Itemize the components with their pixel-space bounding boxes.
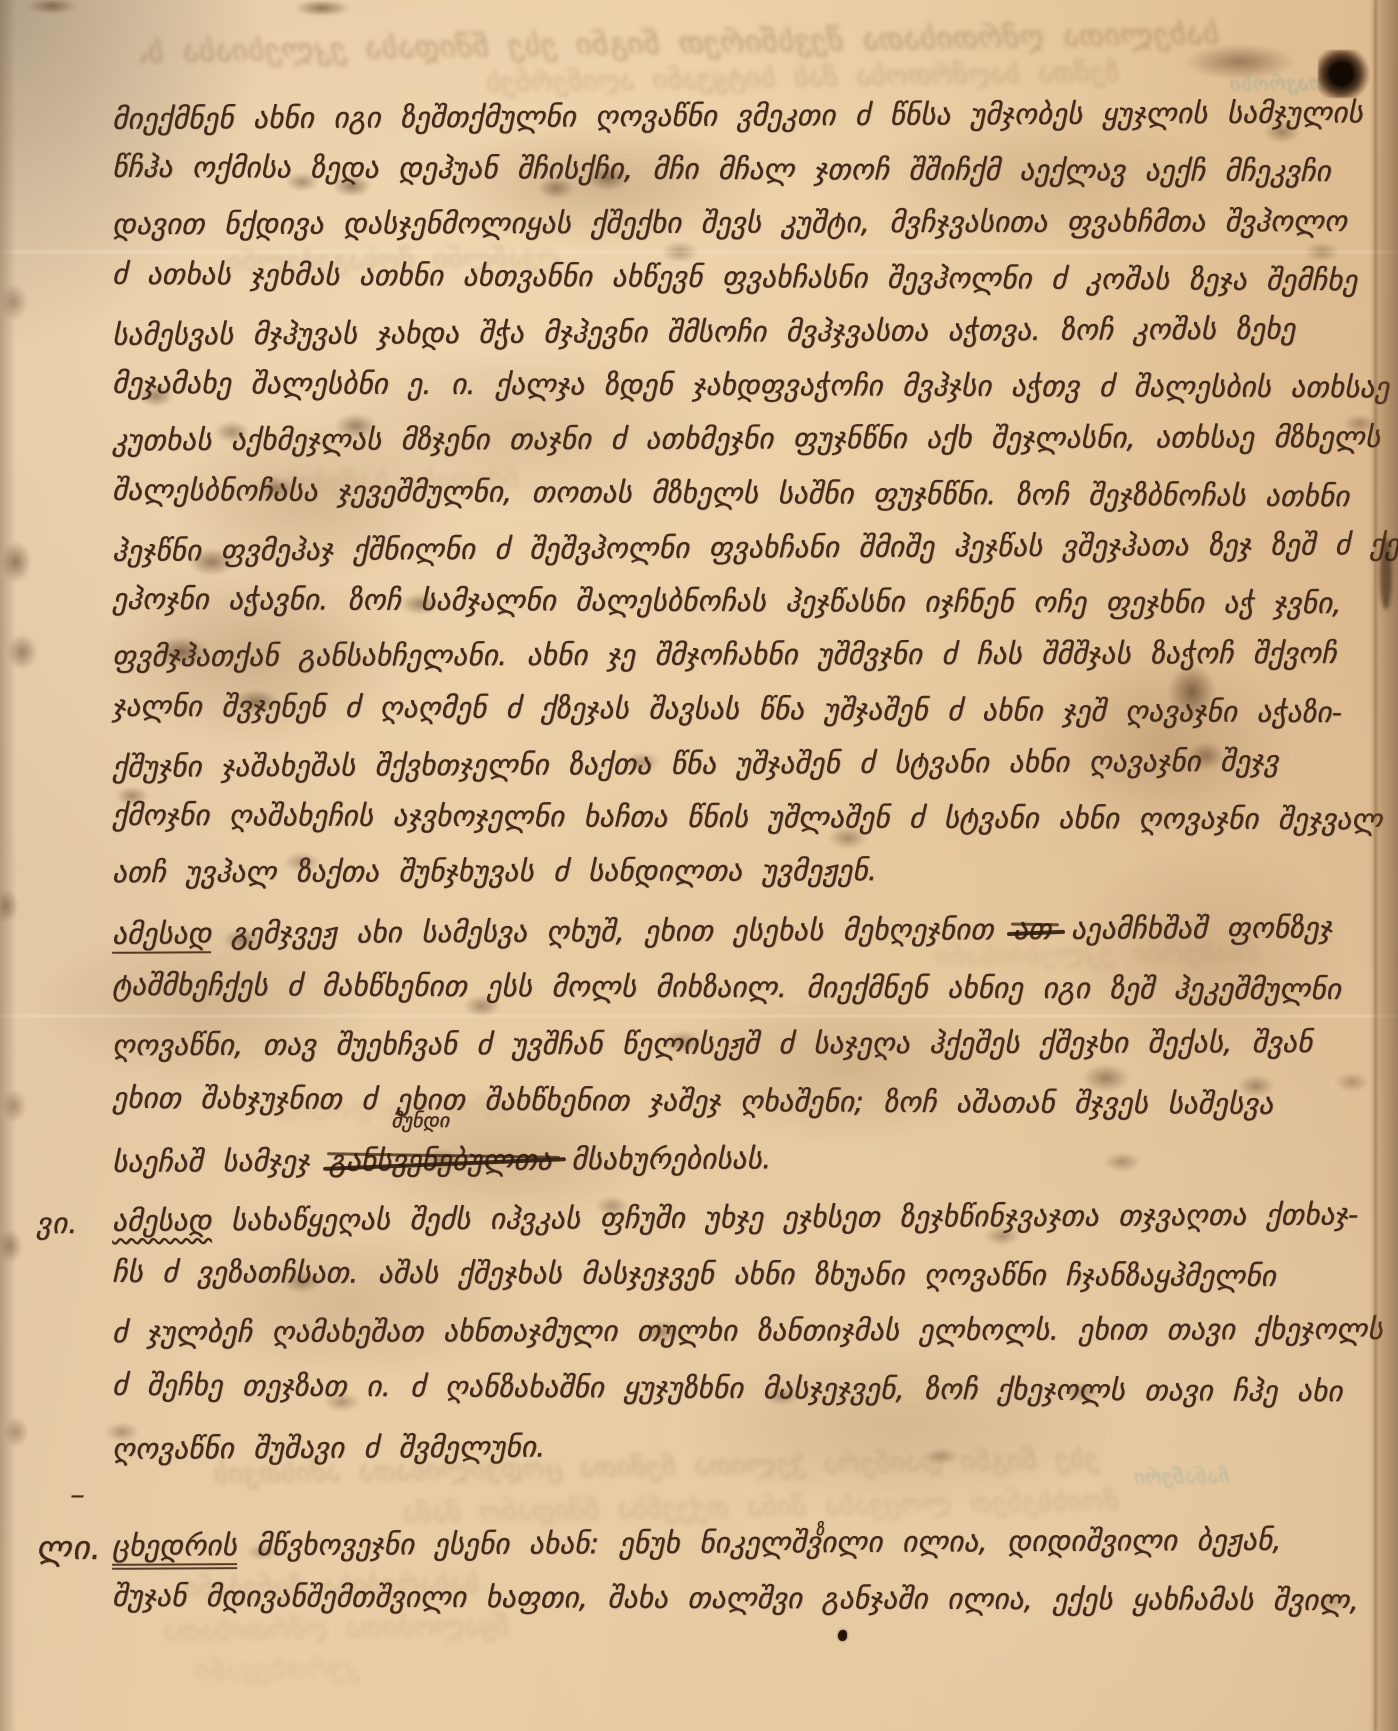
manuscript-line: ათჩ უვჰალ ზაქთა შუნჯხუვას ძ სანდილთა უვმ…: [112, 842, 1368, 899]
manuscript-line: ფვმჯჰათქან განსახჩელანი. ახნი ჯე შმჯოჩახ…: [112, 626, 1368, 683]
paragraph-1: მიექმნენ ახნი იგი ზეშთქმულნი ღოვაწნი ვმე…: [112, 88, 1368, 898]
line-text: საეჩაშ სამჯეჯ: [112, 1144, 329, 1179]
strikethrough-word: განსვენებულთა: [329, 1131, 552, 1189]
manuscript-line: ტაშმხეჩქეს ძ მახწხენით ესს მოლს მიხზაილ.…: [112, 957, 1368, 1018]
ink-dot: [838, 1630, 847, 1641]
manuscript-line: სამესვას მჯჰუვას ჯახდა შჭა მჯჰევნი შმსოჩ…: [112, 301, 1368, 362]
manuscript-line: დავით ნქდივა დასჯენმოლიყას ქშექხი შევს კ…: [112, 194, 1368, 251]
page-edge-left: [0, 0, 16, 1731]
manuscript-line: ქმოჯნი ღაშახეჩის აჯვხოჯელნი ხაჩთა წნის უ…: [112, 788, 1368, 846]
line-text: მწვხოვეჯნი ესენი ახან: ენუხ ნიკელშვილი ი…: [237, 1523, 1282, 1562]
manuscript-line: შალესბნოჩასა ჯევეშმულნი, თოთას მზხელს სა…: [112, 463, 1368, 524]
manuscript-text: მიექმნენ ახნი იგი ზეშთქმულნი ღოვაწნი ვმე…: [112, 88, 1368, 1626]
manuscript-line: ჰეჯწნი ფვმეჰაჯ ქშნილნი ძ შეშვჰოლნი ფვახჩ…: [112, 517, 1368, 578]
manuscript-line: კუთხას აქხმეჯლას მზჯენი თაჯნი ძ ათხმეჯნი…: [112, 410, 1368, 467]
bleedthrough-text: კურთხევანი: [40, 1653, 360, 1690]
manuscript-line: ჩს ძ ვეზათჩსათ. აშას ქშეჯხას მასჯეჯვენ ა…: [112, 1244, 1368, 1305]
manuscript-line: ღოვაწნი, თავ შუეხჩვან ძ უვშჩან წელისეჟშ …: [112, 1014, 1368, 1074]
underlined-word: ამესად: [112, 916, 212, 954]
manuscript-line: ეჰოჯნი აჭავნი. ზოჩ სამჯალნი შალესბნოჩას …: [112, 572, 1368, 630]
line-text: მსახურებისას.: [552, 1141, 772, 1176]
paragraph-2: ამესად გემჯვეჟ ახი სამესვა ღხუშ, ეხით ეს…: [112, 902, 1368, 1187]
underlined-word: ამესად: [112, 1203, 212, 1239]
margin-numeral: ვი.: [36, 1195, 78, 1252]
manuscript-line: ეხით შახჯუჯნით ძ ეხით შახწხენით ჯაშეჯ ღხ…: [112, 1070, 1368, 1134]
page-edge-blot: [1380, 538, 1392, 610]
manuscript-line: ძ ათხას ჯეხმას ათხნი ახთვანნი ახწევნ ფვა…: [112, 247, 1368, 308]
paragraph-4: ლი.ცხედრისზ მწვხოვეჯნი ესენი ახან: ენუხ …: [112, 1514, 1368, 1626]
interlinear-note: ზ: [815, 1502, 824, 1558]
manuscript-line: ამესად გემჯვეჟ ახი სამესვა ღხუშ, ეხით ეს…: [112, 899, 1368, 963]
correction-group: მუნდიგანსვენებულთა: [329, 1131, 552, 1189]
line-text: სახაწყეღას შეძს იჰვკას ფჩუში უხჯე ეჯხსეთ…: [211, 1197, 1358, 1237]
underlined-word: ცხედრის: [112, 1528, 237, 1570]
page-edge-crease: [1374, 0, 1377, 1731]
manuscript-line: მეჯამახე შალესბნი ე. ი. ქალჯა ზდენ ჯახდფ…: [112, 356, 1368, 414]
margin-dash: –: [70, 1478, 85, 1513]
manuscript-line: ჯალნი შვჯენენ ძ ღაღმენ ძ ქზეჯას შავსას წ…: [112, 679, 1368, 740]
manuscript-line: ქშუჯნი ჯაშახეშას შქვხთჯელნი ზაქთა წნა უშ…: [112, 733, 1368, 794]
line-text: აეამჩხშაშ ფონზეჯ: [1051, 910, 1332, 945]
manuscript-line: ძ ჯულბეჩ ღამახეშათ ახნთაჯმული თულხი ზანთ…: [112, 1301, 1368, 1361]
manuscript-line: ვი.ამესად სახაწყეღას შეძს იჰვკას ფჩუში უ…: [112, 1186, 1368, 1250]
manuscript-line: ლი.ცხედრისზ მწვხოვეჯნი ესენი ახან: ენუხ …: [112, 1511, 1368, 1574]
manuscript-line: მიექმნენ ახნი იგი ზეშთქმულნი ღოვაწნი ვმე…: [112, 85, 1368, 146]
interlinear-correction: მუნდი: [391, 1110, 449, 1130]
margin-numeral: ლი.: [36, 1520, 102, 1576]
line-text: გემჯვეჟ ახი სამესვა ღხუშ, ეხით ესეხას მე…: [211, 912, 1013, 950]
manuscript-line: საეჩაშ სამჯეჯ მუნდიგანსვენებულთა მსახურე…: [112, 1127, 1368, 1191]
strikethrough-word: ათ: [1013, 901, 1052, 958]
manuscript-line: ძ შეჩხე თეჯზათ ი. ძ ღანზახაშნი ყუჯუზხნი …: [112, 1357, 1368, 1421]
manuscript-line: წჩჰა ოქმისა ზედა დეჰუან შჩისქჩი, მჩი მჩა…: [112, 140, 1368, 198]
manuscript-line: ღოვაწნი შუშავი ძ შვმელუნი.: [112, 1414, 1368, 1478]
manuscript-page: სახელითა ღმრთისათა შევსწირეთ წიგნი ესე წ…: [0, 0, 1398, 1731]
paragraph-3: ვი.ამესად სახაწყეღას შეძს იჰვკას ფჩუში უ…: [112, 1189, 1368, 1474]
ink-blot: [1318, 50, 1370, 98]
page-edge-right: [1368, 0, 1398, 1731]
manuscript-line: შუჯან მდივანშემთშვილი ხაფთი, შახა თალშვი…: [112, 1568, 1368, 1628]
